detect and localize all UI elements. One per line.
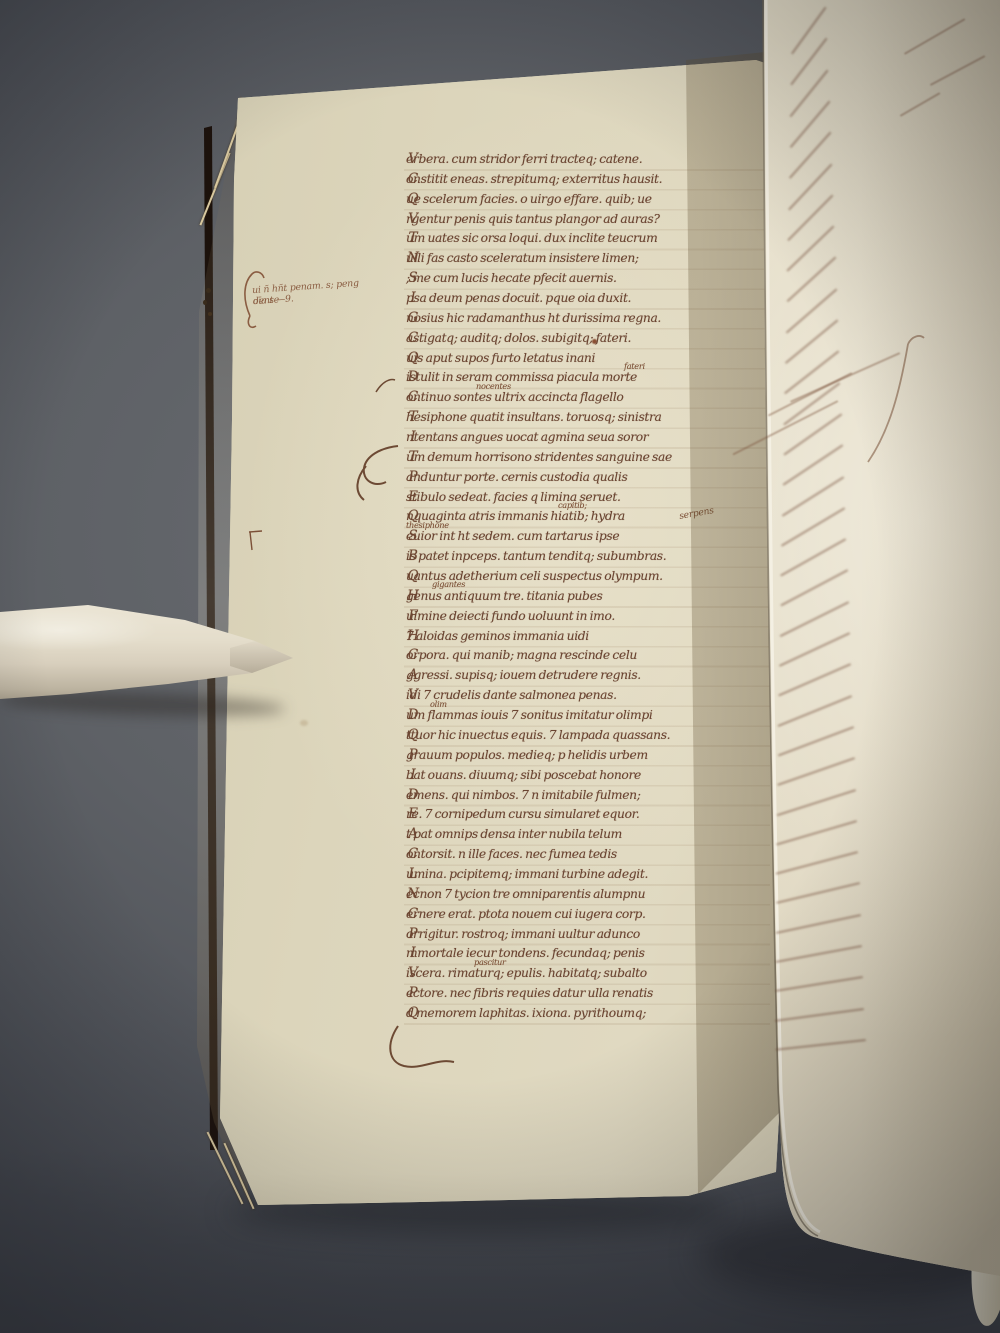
illegible-text-stroke bbox=[780, 538, 847, 577]
illegible-text-stroke bbox=[779, 632, 851, 667]
illegible-text-stroke bbox=[780, 570, 848, 608]
illegible-text-stroke bbox=[775, 914, 861, 934]
illegible-text-stroke bbox=[775, 945, 862, 963]
illegible-text-stroke bbox=[779, 601, 849, 637]
illegible-text-stroke bbox=[778, 663, 851, 697]
illegible-text-stroke bbox=[775, 1039, 866, 1051]
illegible-text-stroke bbox=[776, 851, 859, 875]
illegible-text-stroke bbox=[791, 6, 827, 54]
illegible-text-stroke bbox=[775, 1008, 865, 1022]
illegible-gloss-stroke bbox=[904, 18, 966, 55]
illegible-text-stroke bbox=[782, 476, 845, 517]
photo-stage: ui ñ hñt penam. s; peng oīa se dent —9. … bbox=[0, 0, 1000, 1333]
illegible-text-stroke bbox=[778, 695, 853, 727]
illegible-text-stroke bbox=[777, 726, 854, 757]
illegible-gloss-stroke bbox=[900, 92, 941, 117]
illegible-text-stroke bbox=[777, 789, 857, 817]
illegible-text-stroke bbox=[776, 882, 860, 904]
illegible-text-stroke bbox=[781, 507, 846, 547]
illegible-gloss-stroke bbox=[930, 55, 986, 86]
illegible-text-stroke bbox=[777, 757, 855, 786]
illegible-text-stroke bbox=[775, 976, 863, 992]
illegible-text-stroke bbox=[776, 820, 857, 846]
right-page-gloss-flourish bbox=[850, 330, 940, 490]
